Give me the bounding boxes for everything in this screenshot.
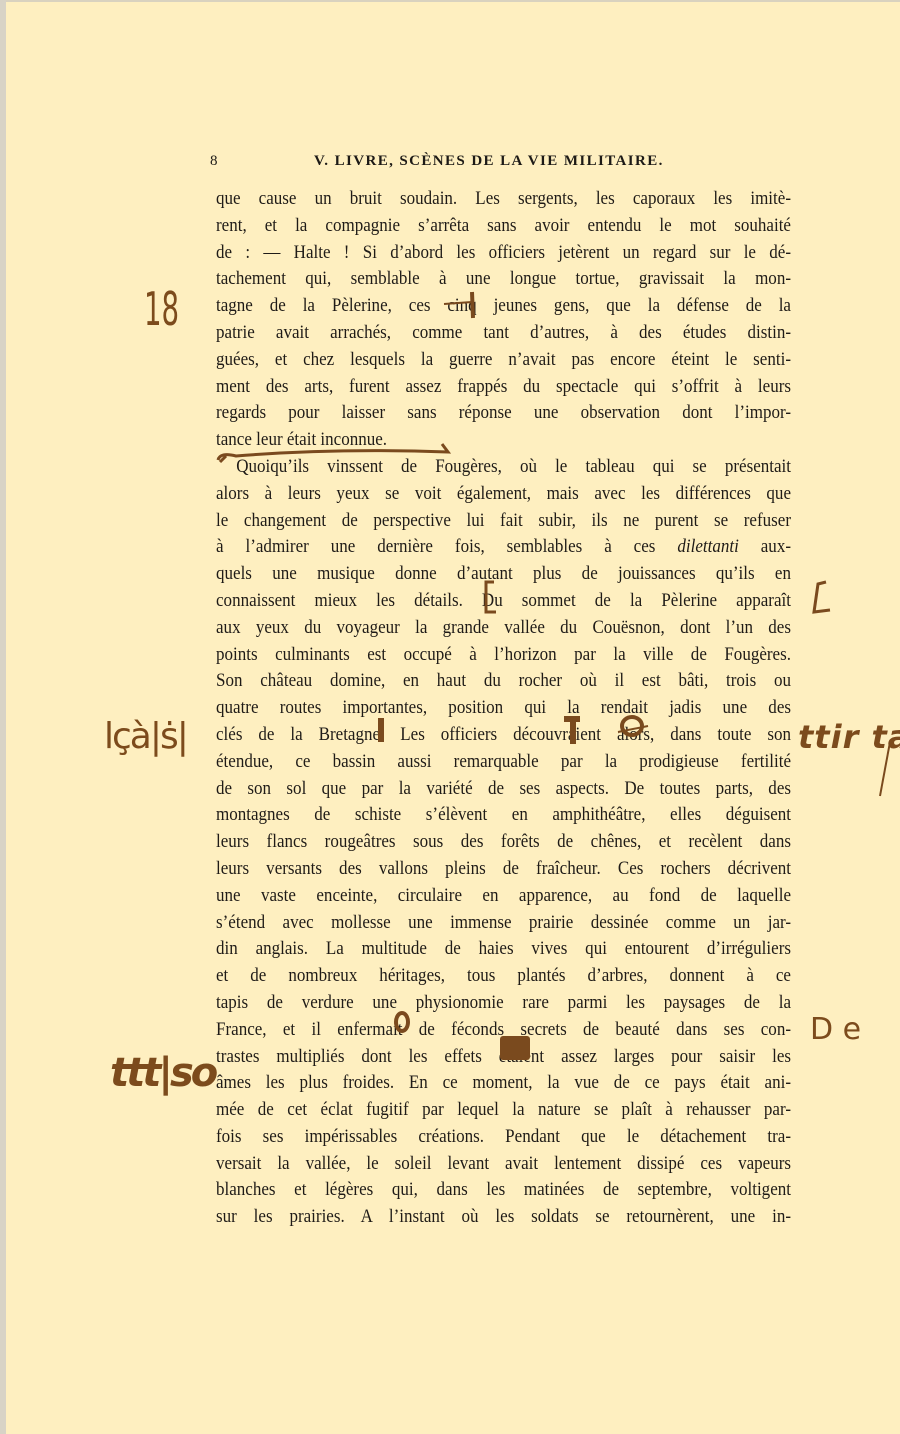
delete-mark-icon xyxy=(616,712,650,740)
margin-note-left: lçà|ṡ| xyxy=(104,716,187,757)
line-text: aux- xyxy=(761,537,791,557)
text-line: s’étend avec mollesse une immense prairi… xyxy=(216,910,791,937)
bracket-mark-icon xyxy=(808,580,834,616)
text-line: quels une musique donne d’autant plus de… xyxy=(216,561,791,588)
text-line: versait la vallée, le soleil levant avai… xyxy=(216,1151,791,1178)
page-edge xyxy=(6,0,900,2)
margin-note-right: D e xyxy=(810,1012,861,1047)
text-line: de : — Halte ! Si d’abord les officiers … xyxy=(216,240,791,267)
text-line: ment des arts, furent assez frappés du s… xyxy=(216,374,791,401)
correction-mark xyxy=(570,716,576,744)
text-line: rent, et la compagnie s’arrêta sans avoi… xyxy=(216,213,791,240)
insert-bracket-mark-icon xyxy=(482,580,498,616)
body-text: que cause un bruit soudain. Les sergents… xyxy=(216,186,791,1231)
text-line: montagnes de schiste s’élèvent en amphit… xyxy=(216,802,791,829)
text-line: alors à leurs yeux se voit également, ma… xyxy=(216,481,791,508)
text-line: connaissent mieux les détails. Du sommet… xyxy=(216,588,791,615)
text-line: tapis de verdure une physionomie rare pa… xyxy=(216,990,791,1017)
text-line: sur les prairies. A l’instant où les sol… xyxy=(216,1204,791,1231)
text-line: âmes les plus froides. En ce moment, la … xyxy=(216,1070,791,1097)
running-head: 8 V. LIVRE, SCÈNES DE LA VIE MILITAIRE. xyxy=(210,153,710,177)
correction-mark xyxy=(378,718,384,742)
text-line: mée de cet éclat fugitif par lequel la n… xyxy=(216,1097,791,1124)
text-line: Son château domine, en haut du rocher où… xyxy=(216,668,791,695)
margin-stroke-icon xyxy=(876,740,896,800)
italic-word: dilettanti xyxy=(677,537,738,557)
page-number: 8 xyxy=(210,153,219,170)
text-line: guées, et chez lesquels la guerre n’avai… xyxy=(216,347,791,374)
text-line: fois ses impérissables créations. Pendan… xyxy=(216,1124,791,1151)
text-line-with-italic: à l’admirer une dernière fois, semblable… xyxy=(216,534,791,561)
text-line: que cause un bruit soudain. Les sergents… xyxy=(216,186,791,213)
text-line: points culminants est occupé à l’horizon… xyxy=(216,642,791,669)
strike-cinq-mark-icon xyxy=(442,290,482,320)
text-line: de son sol que par la variété de ses asp… xyxy=(216,776,791,803)
text-line: tagne de la Pèlerine, ces cinq jeunes ge… xyxy=(216,293,791,320)
text-line: leurs versants des vallons pleins de fra… xyxy=(216,856,791,883)
delete-mark-icon xyxy=(392,1008,412,1038)
correction-blot xyxy=(500,1036,530,1060)
text-line: une vaste enceinte, circulaire en appare… xyxy=(216,883,791,910)
text-line: leurs flancs rougeâtres sous des forêts … xyxy=(216,829,791,856)
text-line: blanches et légères qui, dans les matiné… xyxy=(216,1177,791,1204)
scanned-page: 8 V. LIVRE, SCÈNES DE LA VIE MILITAIRE. … xyxy=(0,0,900,1434)
margin-note-left: ttt|so xyxy=(110,1050,215,1096)
text-line: din anglais. La multitude de haies vives… xyxy=(216,936,791,963)
text-line: étendue, ce bassin aussi remarquable par… xyxy=(216,749,791,776)
text-line: patrie avait arrachés, comme tant d’autr… xyxy=(216,320,791,347)
margin-note-left: 18 xyxy=(144,282,179,336)
text-line: tachement qui, semblable à une longue to… xyxy=(216,266,791,293)
line-text: à l’admirer une dernière fois, semblable… xyxy=(216,537,655,557)
paragraph-break-mark-icon xyxy=(216,434,456,464)
text-line: regards pour laisser sans réponse une ob… xyxy=(216,400,791,427)
text-line: aux yeux du voyageur la grande vallée du… xyxy=(216,615,791,642)
text-line: le changement de perspective lui fait su… xyxy=(216,508,791,535)
text-line: quatre routes importantes, position qui … xyxy=(216,695,791,722)
running-title: V. LIVRE, SCÈNES DE LA VIE MILITAIRE. xyxy=(314,153,664,170)
text-line: clés de la Bretagne. Les officiers décou… xyxy=(216,722,791,749)
text-line: et de nombreux héritages, tous plantés d… xyxy=(216,963,791,990)
